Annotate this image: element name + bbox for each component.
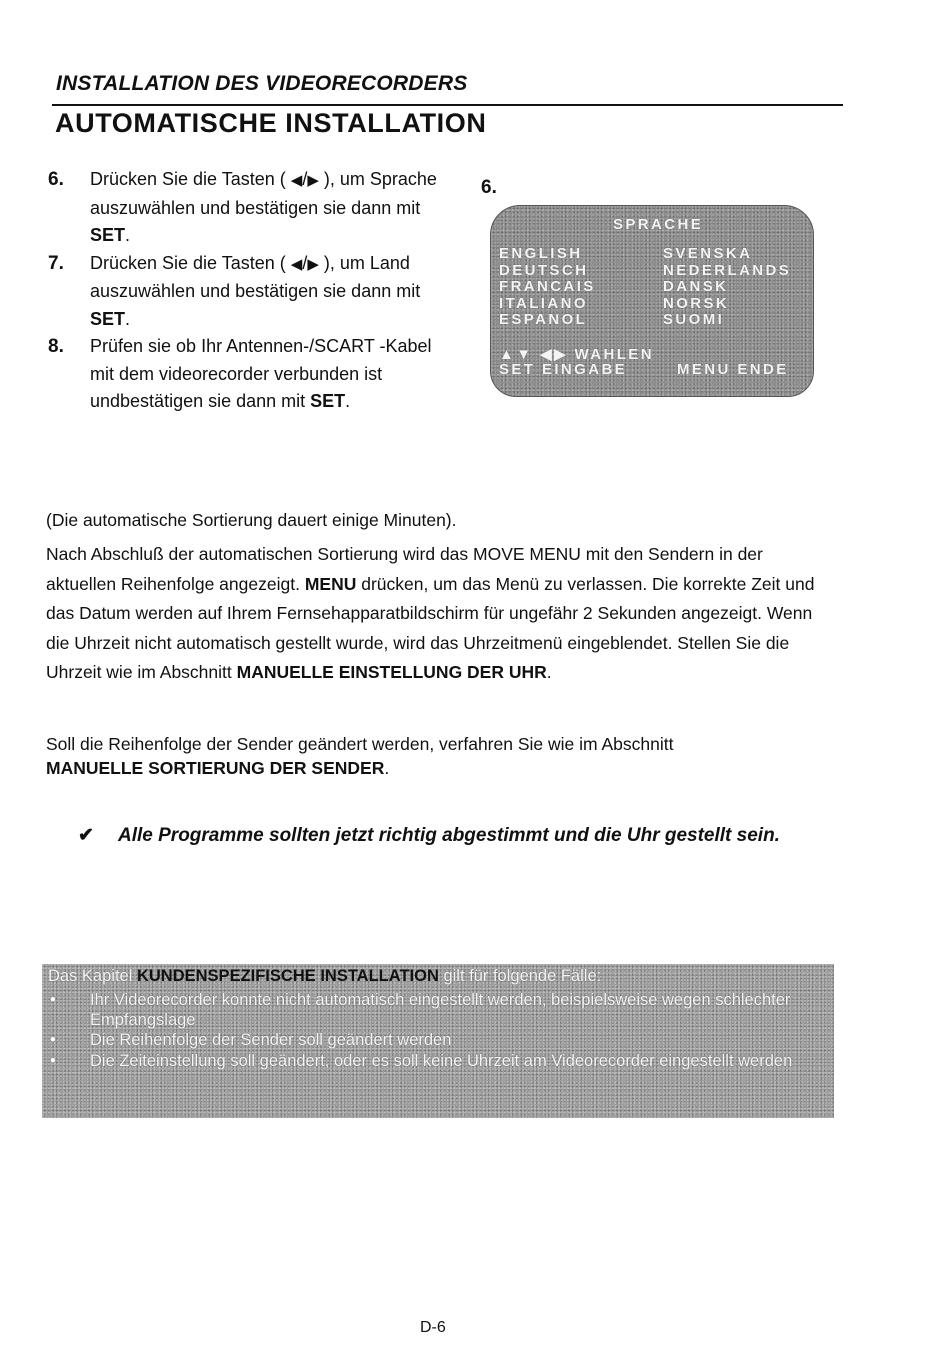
reorder-paragraph: Soll die Reihenfolge der Sender geändert… (46, 732, 836, 780)
completion-note: ✔Alle Programme sollten jetzt richtig ab… (78, 824, 780, 847)
osd-language-menu: SPRACHE ENGLISH DEUTSCH FRANCAIS ITALIAN… (490, 205, 814, 397)
paragraph-text: . (547, 662, 552, 682)
list-item: •Die Reihenfolge der Sender soll geänder… (50, 1031, 825, 1051)
list-item-text: Ihr Videorecorder konnte nicht automatis… (90, 991, 825, 1030)
step-text-part: . (345, 391, 350, 411)
language-option: SVENSKA (663, 246, 791, 263)
osd-menu-hint: MENU ENDE (677, 361, 789, 378)
step-text-part: . (125, 225, 130, 245)
language-option: NEDERLANDS (663, 263, 791, 280)
header-divider (52, 104, 843, 106)
step-text: Drücken Sie die Tasten ( ◀/▶ ), um Sprac… (90, 166, 458, 250)
menu-key-label: MENU (305, 574, 357, 594)
step-number: 6. (48, 166, 90, 250)
check-icon: ✔ (78, 824, 118, 847)
infobox-intro: Das Kapitel KUNDENSPEZIFISCHE INSTALLATI… (48, 967, 601, 986)
osd-figure-label: 6. (481, 177, 497, 199)
section-reference: MANUELLE EINSTELLUNG DER UHR (237, 662, 547, 682)
infobox-text: Das Kapitel (48, 967, 137, 985)
language-list-right: SVENSKA NEDERLANDS DANSK NORSK SUOMI (663, 246, 791, 329)
step-text: Prüfen sie ob Ihr Antennen-/SCART -Kabel… (90, 333, 458, 416)
infobox-list: •Ihr Videorecorder konnte nicht automati… (50, 991, 825, 1072)
list-item-text: Die Zeiteinstellung soll geändert, oder … (90, 1052, 792, 1072)
section-reference: MANUELLE SORTIERUNG DER SENDER (46, 758, 384, 778)
step-text-part: Drücken Sie die Tasten ( (90, 169, 291, 189)
osd-set-hint: SET EINGABE (499, 361, 627, 378)
language-option: DANSK (663, 279, 791, 296)
set-key-label: SET (310, 391, 345, 411)
note-text: Alle Programme sollten jetzt richtig abg… (118, 825, 780, 846)
osd-title: SPRACHE (613, 216, 703, 233)
list-item: •Ihr Videorecorder konnte nicht automati… (50, 991, 825, 1030)
language-option: ITALIANO (499, 296, 596, 313)
step-6: 6. Drücken Sie die Tasten ( ◀/▶ ), um Sp… (48, 166, 458, 250)
language-list-left: ENGLISH DEUTSCH FRANCAIS ITALIANO ESPANO… (499, 246, 596, 329)
language-option: SUOMI (663, 312, 791, 329)
language-option: ESPANOL (499, 312, 596, 329)
page-number: D-6 (420, 1319, 446, 1337)
left-triangle-icon: ◀ (291, 256, 303, 273)
language-option: NORSK (663, 296, 791, 313)
set-key-label: SET (90, 225, 125, 245)
list-item-text: Die Reihenfolge der Sender soll geändert… (90, 1031, 451, 1051)
sorting-duration-note: (Die automatische Sortierung dauert eini… (46, 506, 836, 536)
custom-installation-infobox: Das Kapitel KUNDENSPEZIFISCHE INSTALLATI… (42, 964, 834, 1118)
completion-paragraph: Nach Abschluß der automatischen Sortieru… (46, 540, 836, 688)
bullet-icon: • (50, 1031, 90, 1051)
step-text-part: Drücken Sie die Tasten ( (90, 253, 291, 273)
set-key-label: SET (90, 309, 125, 329)
language-option: ENGLISH (499, 246, 596, 263)
page-title: AUTOMATISCHE INSTALLATION (55, 108, 486, 139)
infobox-text: gilt für folgende Fälle: (439, 967, 601, 985)
step-text: Drücken Sie die Tasten ( ◀/▶ ), um Land … (90, 250, 458, 334)
bullet-icon: • (50, 1052, 90, 1072)
paragraph-text: Soll die Reihenfolge der Sender geändert… (46, 734, 673, 754)
right-triangle-icon: ▶ (307, 172, 319, 189)
paragraph-text: . (384, 758, 389, 778)
instruction-steps: 6. Drücken Sie die Tasten ( ◀/▶ ), um Sp… (48, 166, 458, 416)
step-8: 8. Prüfen sie ob Ihr Antennen-/SCART -Ka… (48, 333, 458, 416)
step-number: 7. (48, 250, 90, 334)
section-label: INSTALLATION DES VIDEORECORDERS (56, 72, 467, 96)
step-text-part: . (125, 309, 130, 329)
step-7: 7. Drücken Sie die Tasten ( ◀/▶ ), um La… (48, 250, 458, 334)
step-text-part: Prüfen sie ob Ihr Antennen-/SCART -Kabel… (90, 336, 432, 411)
list-item: •Die Zeiteinstellung soll geändert, oder… (50, 1052, 825, 1072)
language-option: DEUTSCH (499, 263, 596, 280)
section-reference: KUNDENSPEZIFISCHE INSTALLATION (137, 967, 439, 985)
right-triangle-icon: ▶ (307, 256, 319, 273)
language-option: FRANCAIS (499, 279, 596, 296)
bullet-icon: • (50, 991, 90, 1030)
left-triangle-icon: ◀ (291, 172, 303, 189)
step-number: 8. (48, 333, 90, 416)
